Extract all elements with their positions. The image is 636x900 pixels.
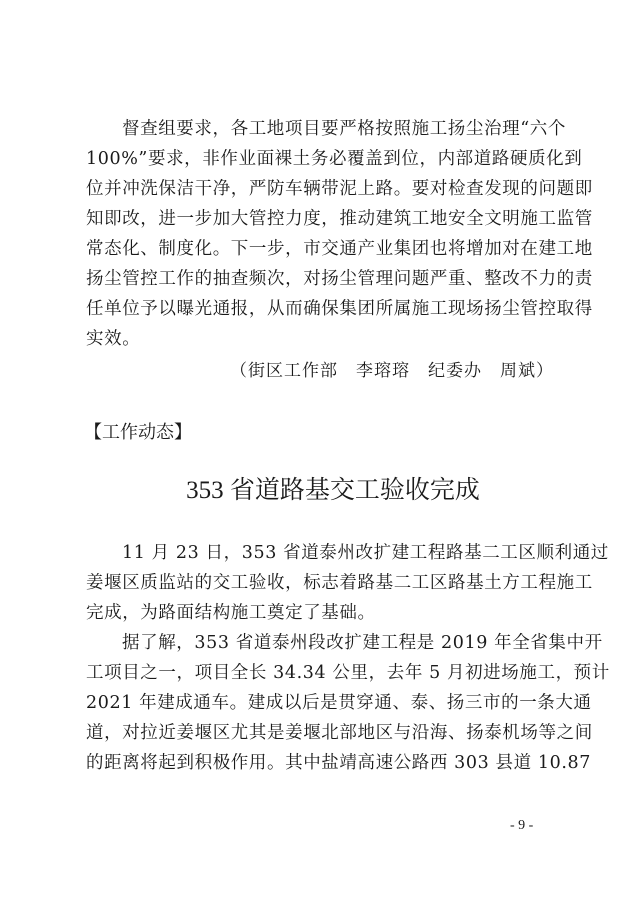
article2-paragraph-2: 据了解，353 省道泰州段改扩建工程是 2019 年全省集中开 工项目之一，项目… [86,628,558,778]
text-line: 任单位予以曝光通报，从而确保集团所属施工现场扬尘管控取得 [86,294,558,324]
text-line: 位并冲洗保洁干净，严防车辆带泥上路。要对检查发现的问题即 [86,174,558,204]
text-line: 知即改，进一步加大管控力度，推动建筑工地安全文明施工监管 [86,204,558,234]
text-line: 2021 年建成通车。建成以后是贯穿通、泰、扬三市的一条大通 [86,688,558,718]
section-label: 【工作动态】 [84,418,192,444]
article1-byline: （街区工作部 李瑢瑢 纪委办 周斌） [230,356,554,381]
text-line: 道，对拉近姜堰区尤其是姜堰北部地区与沿海、扬泰机场等之间 [86,718,558,748]
text-line: 据了解，353 省道泰州段改扩建工程是 2019 年全省集中开 [86,628,558,658]
text-line: 的距离将起到积极作用。其中盐靖高速公路西 303 县道 10.87 [86,748,558,778]
article1-body: 督查组要求，各工地项目要严格按照施工扬尘治理“六个 100%”要求，非作业面裸土… [86,114,558,354]
text-line: 姜堰区质监站的交工验收，标志着路基二工区路基土方工程施工 [86,568,558,598]
text-line: 扬尘管控工作的抽查频次，对扬尘管理问题严重、整改不力的责 [86,264,558,294]
text-line: 实效。 [86,324,558,354]
text-line: 常态化、制度化。下一步，市交通产业集团也将增加对在建工地 [86,234,558,264]
text-line: 督查组要求，各工地项目要严格按照施工扬尘治理“六个 [86,114,558,144]
article2-paragraph-1: 11 月 23 日，353 省道泰州改扩建工程路基二工区顺利通过 姜堰区质监站的… [86,538,558,628]
text-line: 11 月 23 日，353 省道泰州改扩建工程路基二工区顺利通过 [86,538,558,568]
text-line: 工项目之一，项目全长 34.34 公里，去年 5 月初进场施工，预计 [86,658,558,688]
text-line: 100%”要求，非作业面裸土务必覆盖到位，内部道路硬质化到 [86,144,558,174]
article2-title: 353 省道路基交工验收完成 [0,470,636,506]
text-line: 完成，为路面结构施工奠定了基础。 [86,598,558,628]
page-number: - 9 - [510,818,533,834]
document-page: 督查组要求，各工地项目要严格按照施工扬尘治理“六个 100%”要求，非作业面裸土… [0,0,636,900]
